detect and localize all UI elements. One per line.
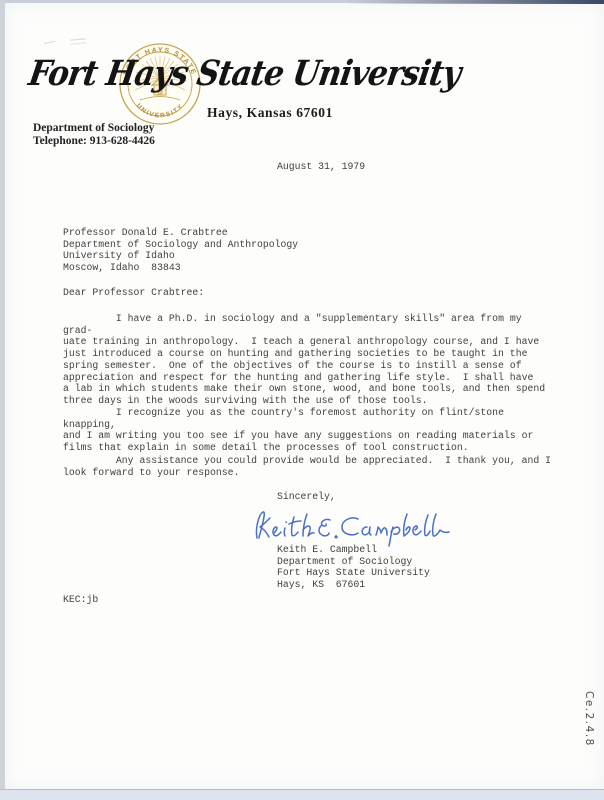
letter-date: August 31, 1979	[277, 161, 365, 173]
letterhead-department: Department of Sociology	[33, 122, 154, 134]
typed-signer-block: Keith E. Campbell Department of Sociolog…	[277, 544, 430, 591]
letterhead-telephone: Telephone: 913-628-4426	[33, 135, 155, 147]
body-paragraph-3: Any assistance you could provide would b…	[63, 455, 555, 478]
closing-line: Sincerely,	[277, 491, 336, 503]
archive-code-annotation: Ce.2.4.8	[583, 691, 595, 743]
reference-initials: KEC:jb	[63, 594, 98, 606]
body-paragraph-2: I recognize you as the country's foremos…	[63, 407, 555, 454]
body-paragraph-1: I have a Ph.D. in sociology and a "suppl…	[63, 313, 555, 407]
salutation: Dear Professor Crabtree:	[63, 287, 204, 299]
letterhead-city-line: Hays, Kansas 67601	[207, 105, 333, 121]
recipient-address: Professor Donald E. Crabtree Department …	[63, 227, 298, 274]
scan-edge-left	[0, 0, 5, 800]
signature-path	[256, 512, 449, 546]
scan-edge-top-dark	[344, 0, 604, 4]
university-name-script: Fort Hays State University	[26, 54, 452, 94]
scan-edge-bottom	[0, 789, 604, 800]
